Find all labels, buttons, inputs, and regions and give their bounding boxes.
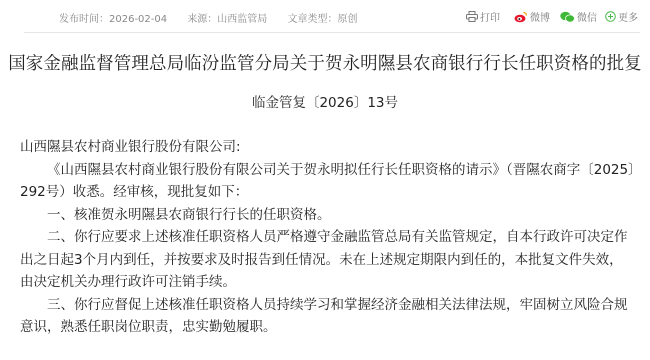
article-meta-bar: 发布时间：2026-02-04 来源：山西监管局 文章类型：原创 打印 微博 [0, 0, 650, 32]
weibo-icon [514, 11, 528, 23]
wechat-label: 微信 [577, 9, 597, 24]
paragraph-item-3: 三、你行应督促上述核准任职资格人员持续学习和掌握经济金融相关法律法规，牢固树立风… [20, 294, 636, 339]
addressee: 山西隰县农村商业银行股份有限公司: [20, 136, 636, 159]
paragraph-item-2: 二、你行应要求上述核准任职资格人员严格遵守金融监管总局有关监管规定，自本行政许可… [20, 226, 636, 294]
wechat-icon [560, 11, 575, 23]
paragraph-intro: 《山西隰县农村商业银行股份有限公司关于贺永明拟任行长任职资格的请示》（晋隰农商字… [20, 159, 636, 204]
header-divider [24, 32, 640, 33]
article-type: 文章类型：原创 [288, 14, 358, 25]
printer-icon [466, 11, 478, 22]
wechat-share-button[interactable]: 微信 [560, 9, 597, 24]
plus-circle-icon [605, 11, 616, 22]
document-body: 山西隰县农村商业银行股份有限公司: 《山西隰县农村商业银行股份有限公司关于贺永明… [20, 136, 636, 339]
share-toolbar: 打印 微博 微信 更多 [466, 9, 646, 24]
source: 来源：山西监管局 [187, 14, 267, 25]
publish-time: 发布时间：2026-02-04 [59, 14, 167, 25]
more-share-button[interactable]: 更多 [605, 9, 638, 24]
document-title: 国家金融监督管理总局临汾监管分局关于贺永明隰县农商银行行长任职资格的批复 [0, 50, 650, 75]
weibo-label: 微博 [530, 9, 550, 24]
print-label: 打印 [480, 9, 500, 24]
document-number: 临金管复〔2026〕13号 [0, 91, 650, 111]
paragraph-item-1: 一、核准贺永明隰县农商银行行长的任职资格。 [20, 204, 636, 227]
article-meta-info: 发布时间：2026-02-04 来源：山西监管局 文章类型：原创 [59, 10, 375, 25]
weibo-share-button[interactable]: 微博 [514, 9, 550, 24]
print-button[interactable]: 打印 [466, 9, 500, 24]
more-label: 更多 [618, 9, 638, 24]
